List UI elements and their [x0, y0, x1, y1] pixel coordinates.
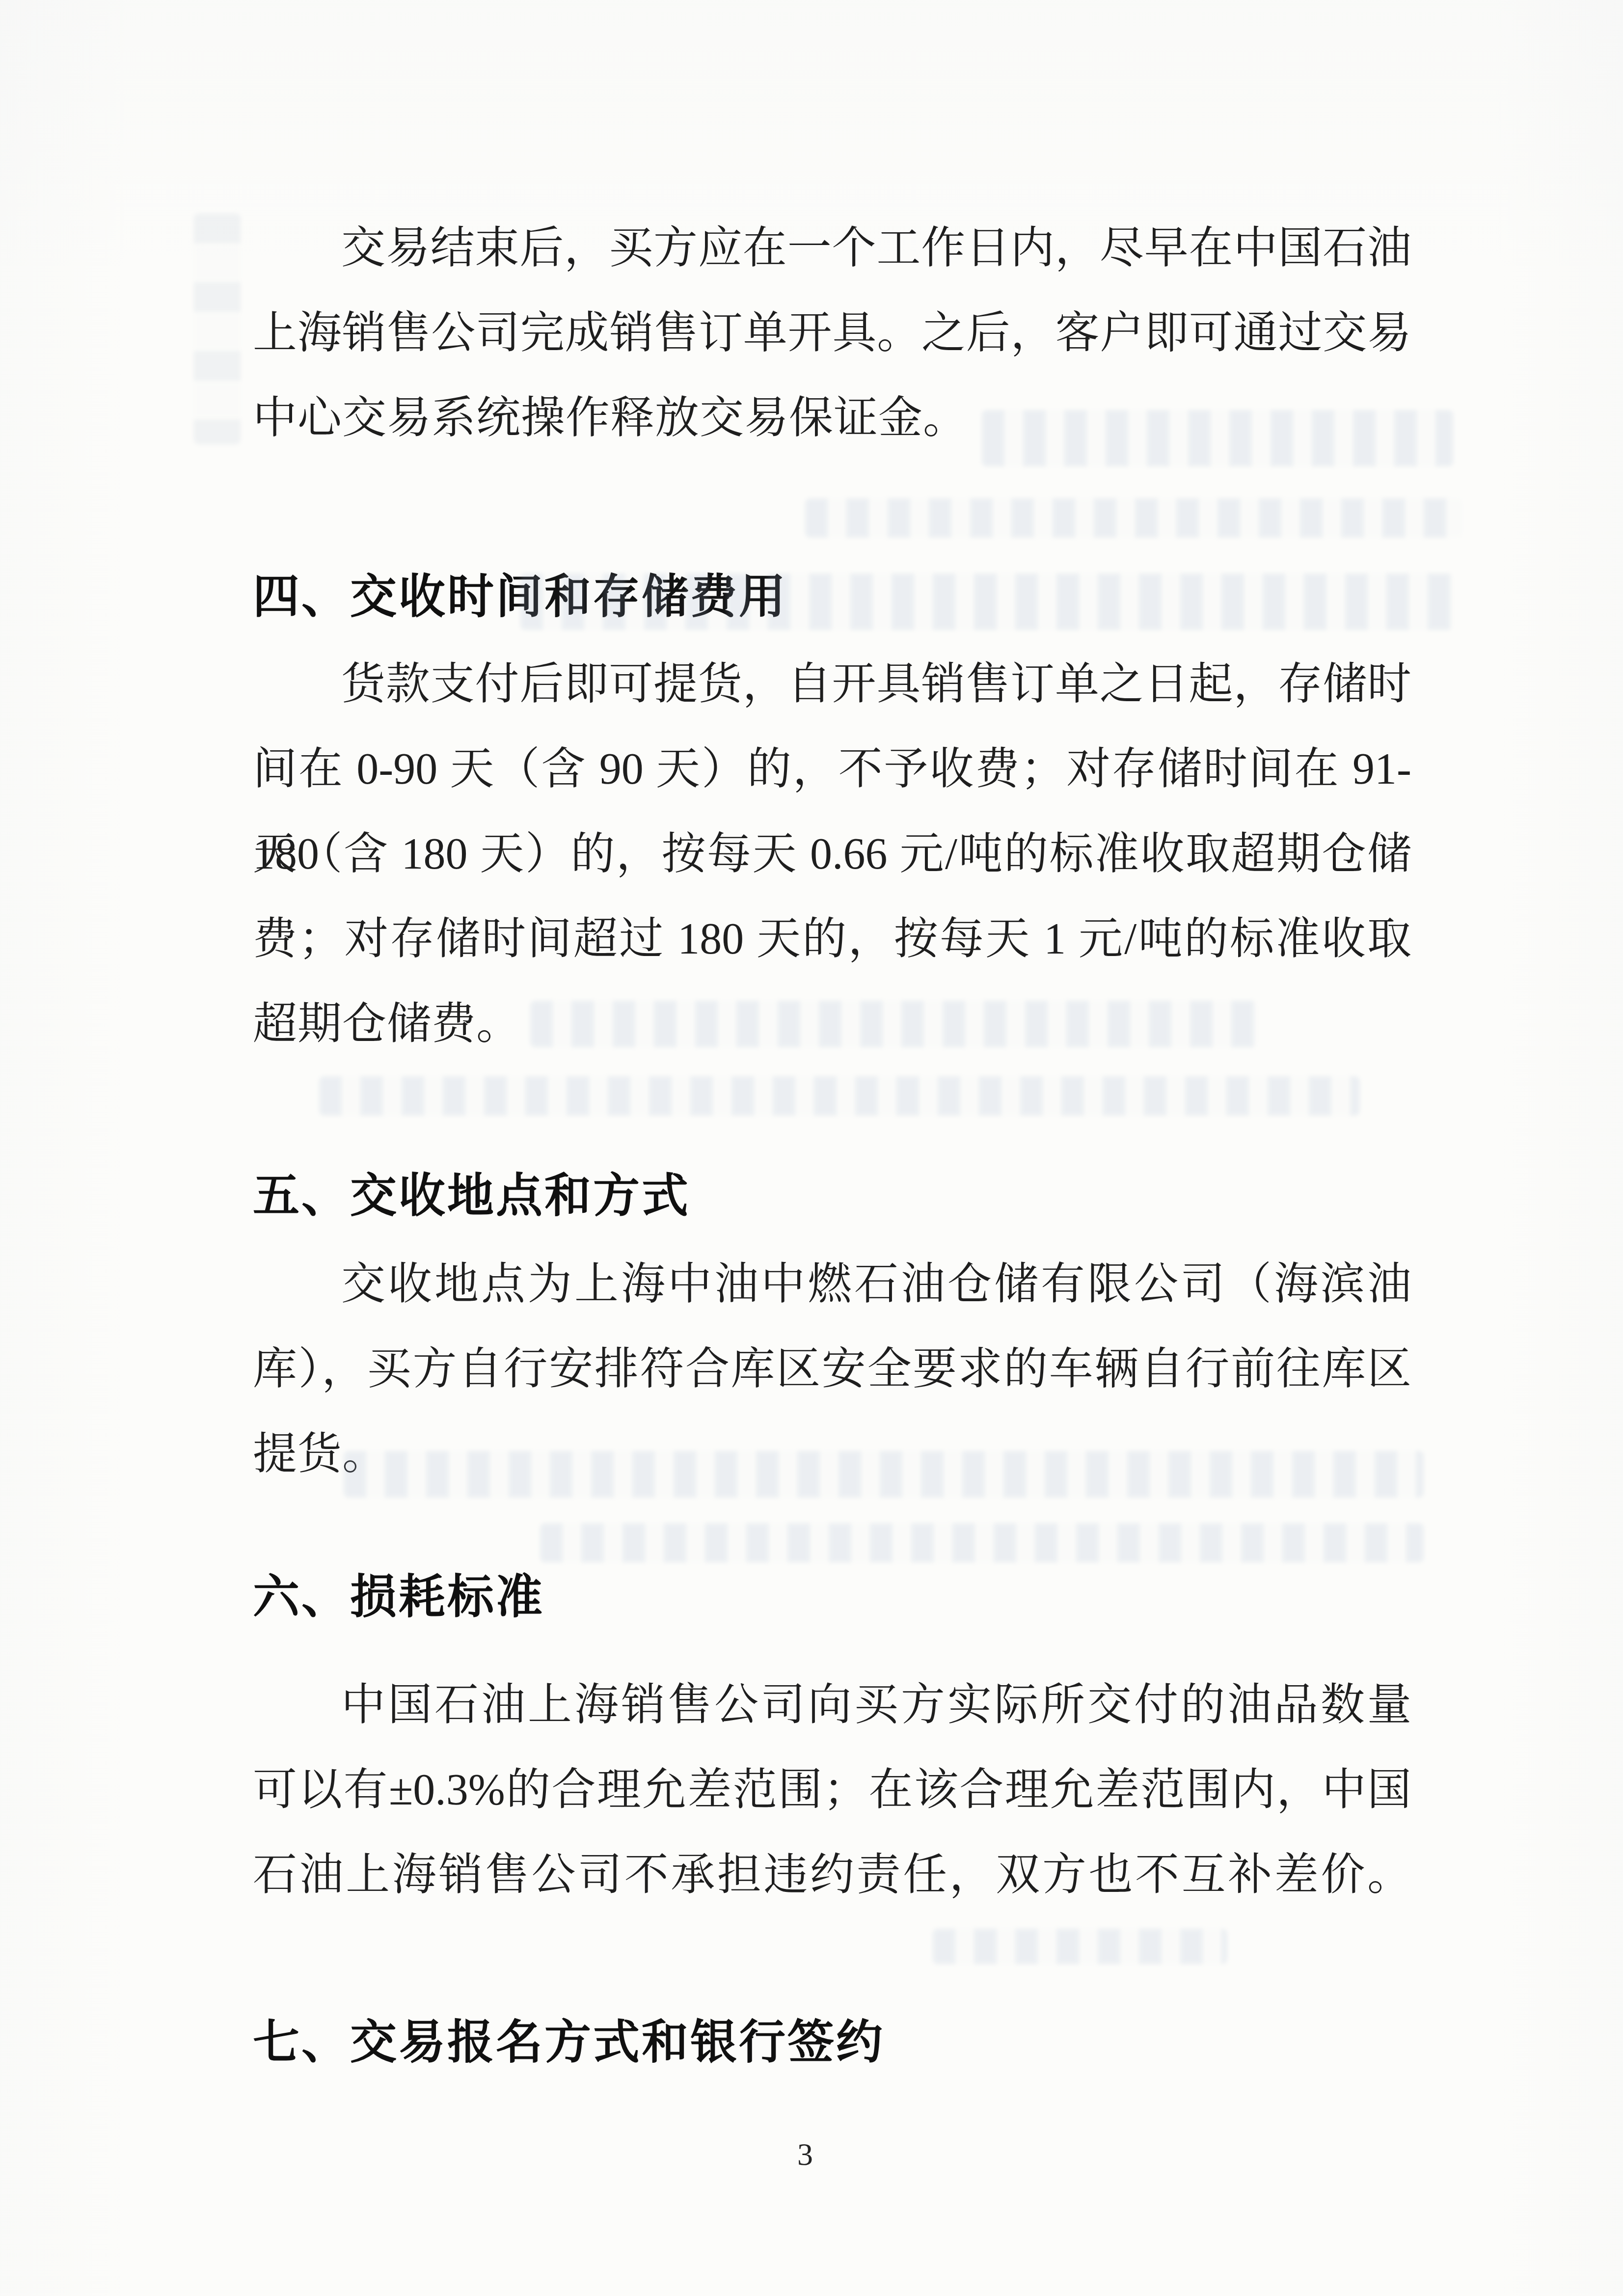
paragraph-line: 中心交易系统操作释放交易保证金。: [253, 376, 1411, 461]
show-through-artifact: [319, 1076, 1360, 1116]
paragraph-line: 交收地点为上海中油中燃石油仓储有限公司（海滨油: [253, 1242, 1411, 1327]
paragraph-line: 天（含 180 天）的，按每天 0.66 元/吨的标准收取超期仓储: [253, 812, 1411, 897]
show-through-artifact: [194, 214, 241, 444]
scanned-document-page: 交易结束后，买方应在一个工作日内，尽早在中国石油 上海销售公司完成销售订单开具。…: [0, 0, 1623, 2296]
section-4-paragraph: 货款支付后即可提货，自开具销售订单之日起，存储时 间在 0-90 天（含 90 …: [253, 642, 1411, 1066]
paragraph-line: 上海销售公司完成销售订单开具。之后，客户即可通过交易: [253, 291, 1411, 376]
section-5-paragraph: 交收地点为上海中油中燃石油仓储有限公司（海滨油 库），买方自行安排符合库区安全要…: [253, 1242, 1411, 1497]
paragraph-line: 可以有±0.3%的合理允差范围；在该合理允差范围内，中国: [253, 1748, 1411, 1832]
section-6-paragraph: 中国石油上海销售公司向买方实际所交付的油品数量 可以有±0.3%的合理允差范围；…: [253, 1663, 1411, 1917]
section-heading-6: 六、损耗标准: [253, 1563, 1411, 1632]
section-heading-7: 七、交易报名方式和银行签约: [253, 2008, 1411, 2077]
paragraph-line: 提货。: [253, 1412, 1411, 1497]
section-heading-4: 四、交收时间和存储费用: [253, 563, 1411, 631]
paragraph-line: 石油上海销售公司不承担违约责任，双方也不互补差价。: [253, 1832, 1411, 1917]
show-through-artifact: [933, 1929, 1227, 1964]
page-number: 3: [771, 2135, 839, 2174]
show-through-artifact: [540, 1523, 1424, 1562]
paragraph-line: 间在 0-90 天（含 90 天）的，不予收费；对存储时间在 91-180: [253, 727, 1411, 812]
paragraph-line: 货款支付后即可提货，自开具销售订单之日起，存储时: [253, 642, 1411, 727]
section-heading-5: 五、交收地点和方式: [253, 1162, 1411, 1230]
intro-paragraph: 交易结束后，买方应在一个工作日内，尽早在中国石油 上海销售公司完成销售订单开具。…: [253, 206, 1411, 461]
paragraph-line: 库），买方自行安排符合库区安全要求的车辆自行前往库区: [253, 1327, 1411, 1412]
paragraph-line: 费；对存储时间超过 180 天的，按每天 1 元/吨的标准收取: [253, 897, 1411, 982]
paragraph-line: 交易结束后，买方应在一个工作日内，尽早在中国石油: [253, 206, 1411, 291]
paragraph-line: 中国石油上海销售公司向买方实际所交付的油品数量: [253, 1663, 1411, 1748]
show-through-artifact: [805, 498, 1463, 538]
paragraph-line: 超期仓储费。: [253, 982, 1411, 1066]
